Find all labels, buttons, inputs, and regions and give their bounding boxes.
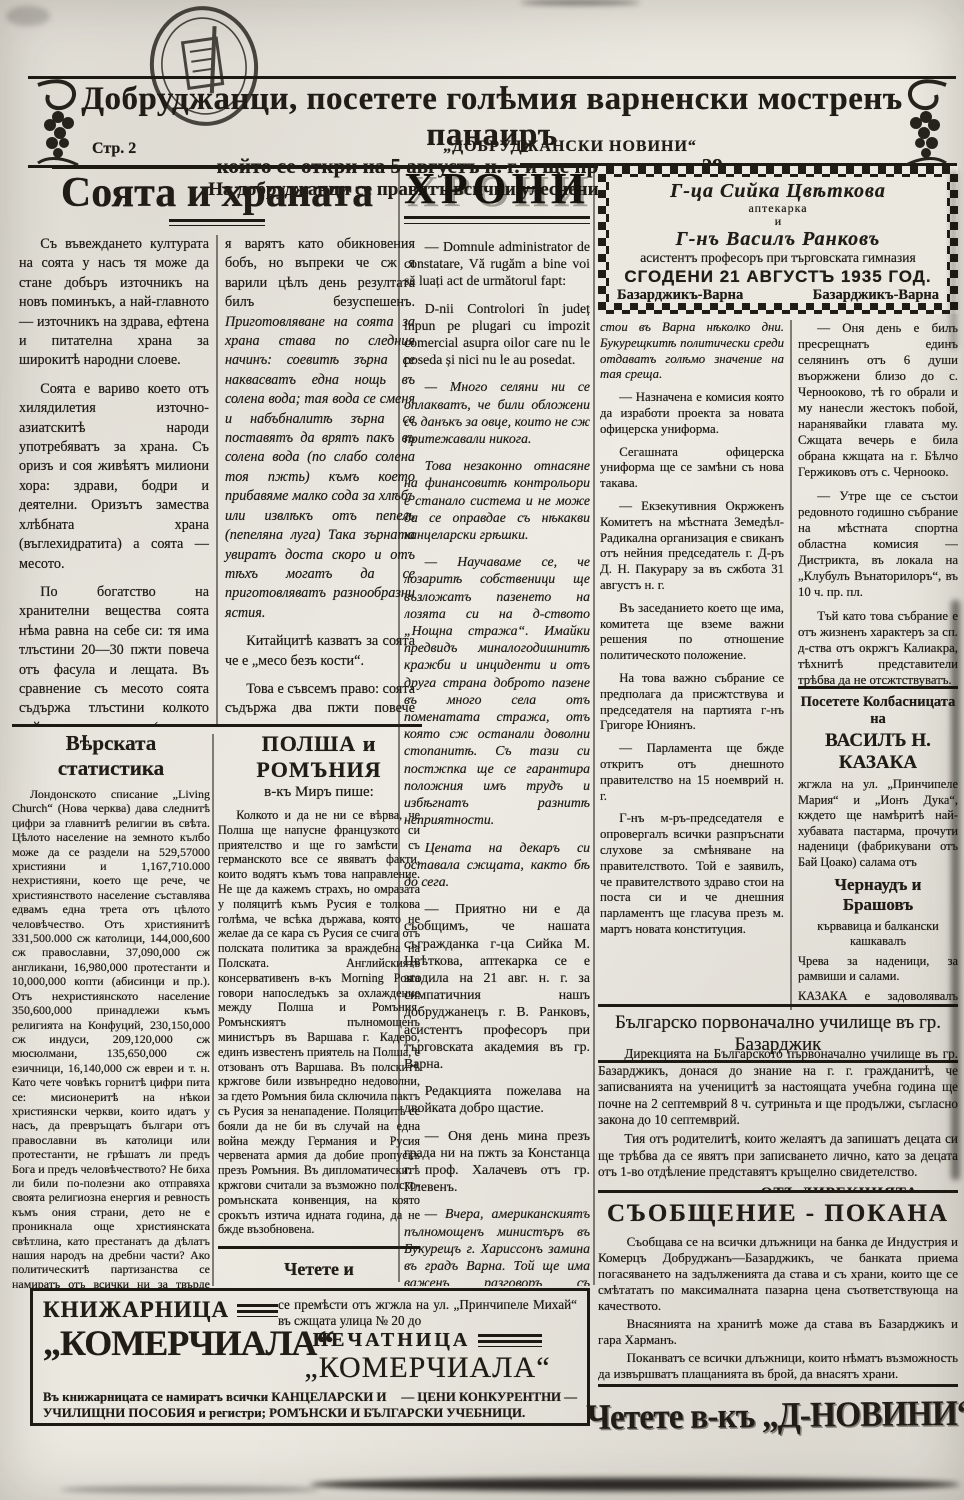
paragraph: Съобщава се на всички длъжници на банка … [598, 1234, 958, 1314]
paragraph: Лондонското списание „Living Church“ (Но… [12, 787, 210, 1293]
article-title-poland: ПОЛША и РОМЪНИЯ [218, 731, 420, 783]
bookstore-name: „КОМЕРЧИАЛА“ [43, 1323, 278, 1363]
column-divider [212, 734, 214, 1286]
engagement-name-1: Г-ца Сийка Цвѣткова [609, 180, 947, 202]
promo-rule [218, 1246, 420, 1249]
paragraph: По богатство на хранителни вещества соят… [19, 583, 209, 724]
news-column-right-1: стои въ Варна нѣколко дни. Букурещкитѣ п… [600, 320, 784, 1034]
news-item: Сегашната офицерска униформа ще се замѣн… [600, 445, 784, 492]
section-rule [12, 724, 422, 727]
ad-text: се премѣсти отъ жгжла на ул. „Принчипеле… [278, 1297, 577, 1329]
soy-column-1: Съ въвеждането културата на соята у насъ… [12, 235, 216, 724]
news-item: На това важно събрание се предполага да … [600, 671, 784, 734]
scan-smudge [520, 0, 640, 5]
paragraph: Китайцитѣ казватъ за соята че е „месо бе… [225, 632, 415, 671]
paragraph: я варятъ като обикновения бобъ, но въпре… [225, 235, 415, 623]
chronicle-item: Това незаконно отнасяне на финансовитѣ к… [404, 457, 590, 543]
engagement-places: Базарджикъ-Варна Базарджикъ-Варна [609, 287, 947, 303]
news-item: стои въ Варна нѣколко дни. Букурещкитѣ п… [600, 320, 784, 383]
section-rule [598, 1384, 958, 1387]
triple-line-ornament [237, 1304, 278, 1317]
place-right: Базарджикъ-Варна [813, 287, 939, 303]
article-title-soy: Соята и храната [12, 170, 422, 216]
news-item: Въ заседанието което ще има, комитета ще… [600, 601, 784, 664]
bookstore-ad-right: се премѣсти отъ жгжла на ул. „Принчипеле… [278, 1297, 577, 1384]
place-left: Базарджикъ-Варна [617, 287, 743, 303]
engagement-announcement: Г-ца Сийка Цвѣткова аптекарка и Г-нъ Вас… [598, 166, 958, 314]
chronicle-item: — Domnule administrator de constatare, V… [404, 238, 590, 290]
article-soy: Соята и храната Съ въвеждането културата… [12, 170, 422, 724]
paragraph: Това е съвсемъ право: соята съдържа два … [225, 680, 415, 724]
chronicle-item: Редакцията пожелава на двойката добро ща… [404, 1082, 590, 1116]
chronicle-item: — Приятно ни е да съобщимъ, че нашата съ… [404, 900, 590, 1072]
chronicle-rule [404, 216, 590, 224]
banner-headline: Добруджанци, посетете голѣмия варненски … [28, 81, 956, 153]
promo-read-newspaper: Четете и разпространявайте вестникъ Добр… [218, 1256, 420, 1287]
paragraph: Колкото и да не ни се вѣрва, че Полша ще… [218, 808, 420, 1237]
article-subtitle: в-къ Миръ пише: [218, 784, 420, 801]
chronicle-item: — Вчера, американскиятъ пълномощенъ мини… [404, 1205, 590, 1286]
paragraph: Внасянията на хранитѣ може да става въ Б… [598, 1316, 958, 1348]
paragraph: Съ въвеждането културата на соята у насъ… [19, 235, 209, 371]
newspaper-page: Стр. 2 „ДОБРУДЖАНСКИ НОВИНИ“ Добруд [0, 0, 964, 1500]
ad-text: жгжла на ул. „Принчипеле Мария“ и „Ионъ … [798, 777, 958, 871]
grape-ornament-left-icon [30, 75, 86, 169]
ad-brand: Чернаудъ и Брашовъ [798, 875, 958, 915]
news-item: — Оня день е билъ пресрещнатъ единъ селя… [798, 320, 958, 480]
bank-notice: СЪОБЩЕНИЕ - ПОКАНА Съобщава се на всички… [598, 1190, 958, 1385]
bank-notice-title: СЪОБЩЕНИЕ - ПОКАНА [598, 1200, 958, 1228]
chronicle-item: Цената на декаръ си оставала сжщата, как… [404, 839, 590, 891]
bookstore-ad: КНИЖАРНИЦА „КОМЕРЧИАЛА“ се премѣсти отъ … [30, 1288, 590, 1426]
bookstore-footer: — ЦЕНИ КОНКУРЕНТНИ — Въ книжарницата се … [43, 1389, 577, 1421]
news-item: Тъй като това събрание е отъ жизненъ хар… [798, 608, 958, 686]
news-item: Г-нъ м-ръ-председателя е опровергалъ вси… [600, 811, 784, 937]
scan-smudge [951, 600, 960, 1180]
bookstore-title: КНИЖАРНИЦА [43, 1297, 229, 1323]
engagement-inner: Г-ца Сийка Цвѣткова аптекарка и Г-нъ Вас… [609, 177, 947, 303]
grape-ornament-right-icon [898, 75, 954, 169]
chronicle-item: — Оня день мина презъ града ни на пжть з… [404, 1127, 590, 1196]
scan-smudge [60, 1486, 320, 1493]
ad-intro: Посетете Колбасницата на [798, 694, 958, 728]
triple-line-ornament [478, 1334, 542, 1347]
scan-smudge [950, 170, 957, 350]
chronicle-column: ХРОНИКА — Domnule administrator de const… [404, 164, 590, 1286]
scan-smudge [310, 1478, 960, 1491]
chronicle-item: D-nii Controlori în județ inpun pe pluga… [404, 300, 590, 369]
ad-text: Чрева за наденици, за рамвиши и салами. [798, 954, 958, 985]
column-divider [593, 168, 595, 1285]
title-underline [169, 219, 265, 226]
chronicle-title: ХРОНИКА [404, 164, 590, 214]
ad-shop-owner: ВАСИЛЪ Н. КАЗАКА [798, 730, 958, 774]
article-title-religion: Вѣрската статистика [12, 731, 210, 781]
engagement-role-2: асистентъ професоръ при търговската гимн… [609, 250, 947, 265]
news-item: — Назначена е комисия която да изработи … [600, 390, 784, 437]
news-column-right-2: — Оня день е билъ пресрещнатъ единъ селя… [798, 320, 958, 686]
engagement-date: СГОДЕНИ 21 АВГУСТЪ 1935 ГОД. [609, 267, 947, 286]
school-notice-body: Дирекцията на Българското първоначално у… [598, 1046, 958, 1192]
engagement-conjunction: и [609, 215, 947, 228]
article-poland-romania: ПОЛША и РОМЪНИЯ в-къ Миръ пише: Колкото … [218, 731, 420, 1287]
paragraph: Соята е вариво което отъ хилядилетия изт… [19, 380, 209, 574]
prices-note: — ЦЕНИ КОНКУРЕНТНИ — [401, 1389, 577, 1405]
chronicle-item: — Научаваме се, че лозаритѣ собственици … [404, 553, 590, 828]
column-divider [398, 170, 400, 1282]
paragraph: Поканватъ се всички длъжници, които нѣма… [598, 1350, 958, 1382]
sausage-shop-ad: Посетете Колбасницата на ВАСИЛЪ Н. КАЗАК… [798, 686, 958, 1006]
news-item: — Утре ще се състои редовното годишно съ… [798, 488, 958, 600]
read-newspaper-banner: Четете в-къ „Д-НОВИНИ“ [586, 1392, 938, 1438]
paragraph: Тия отъ родителитѣ, които желаятъ да зап… [598, 1131, 958, 1181]
ad-text: кървавица и балкански кашкавалъ [798, 919, 958, 950]
news-item: — Парламента ще бжде откритъ отъ днешнот… [600, 741, 784, 804]
engagement-name-2: Г-нъ Василъ Ранковъ [609, 228, 947, 250]
printing-house-name: „КОМЕРЧИАЛА“ [278, 1352, 577, 1384]
bookstore-ad-left: КНИЖАРНИЦА „КОМЕРЧИАЛА“ [43, 1297, 278, 1384]
ad-rule [798, 686, 958, 689]
column-divider [790, 320, 792, 1010]
news-item: — Екзекутивния Окржженъ Комитетъ на мѣст… [600, 499, 784, 594]
fair-banner: Добруджанци, посетете голѣмия варненски … [28, 76, 956, 168]
scan-smudge [6, 6, 50, 26]
printing-house-title: ПЕЧАТНИЦА [313, 1329, 471, 1352]
soy-column-2: я варятъ като обикновения бобъ, но въпре… [216, 235, 422, 724]
paragraph-italic: Приготовляване на соята за храна става п… [225, 314, 415, 621]
article-religion-statistics: Вѣрската статистика Лондонското списание… [12, 731, 210, 1293]
chronicle-item: — Много селяни ни се оплакватъ, че били … [404, 378, 590, 447]
paragraph: Дирекцията на Българското първоначално у… [598, 1046, 958, 1129]
paragraph-plain: я варятъ като обикновения бобъ, но въпре… [225, 236, 415, 310]
